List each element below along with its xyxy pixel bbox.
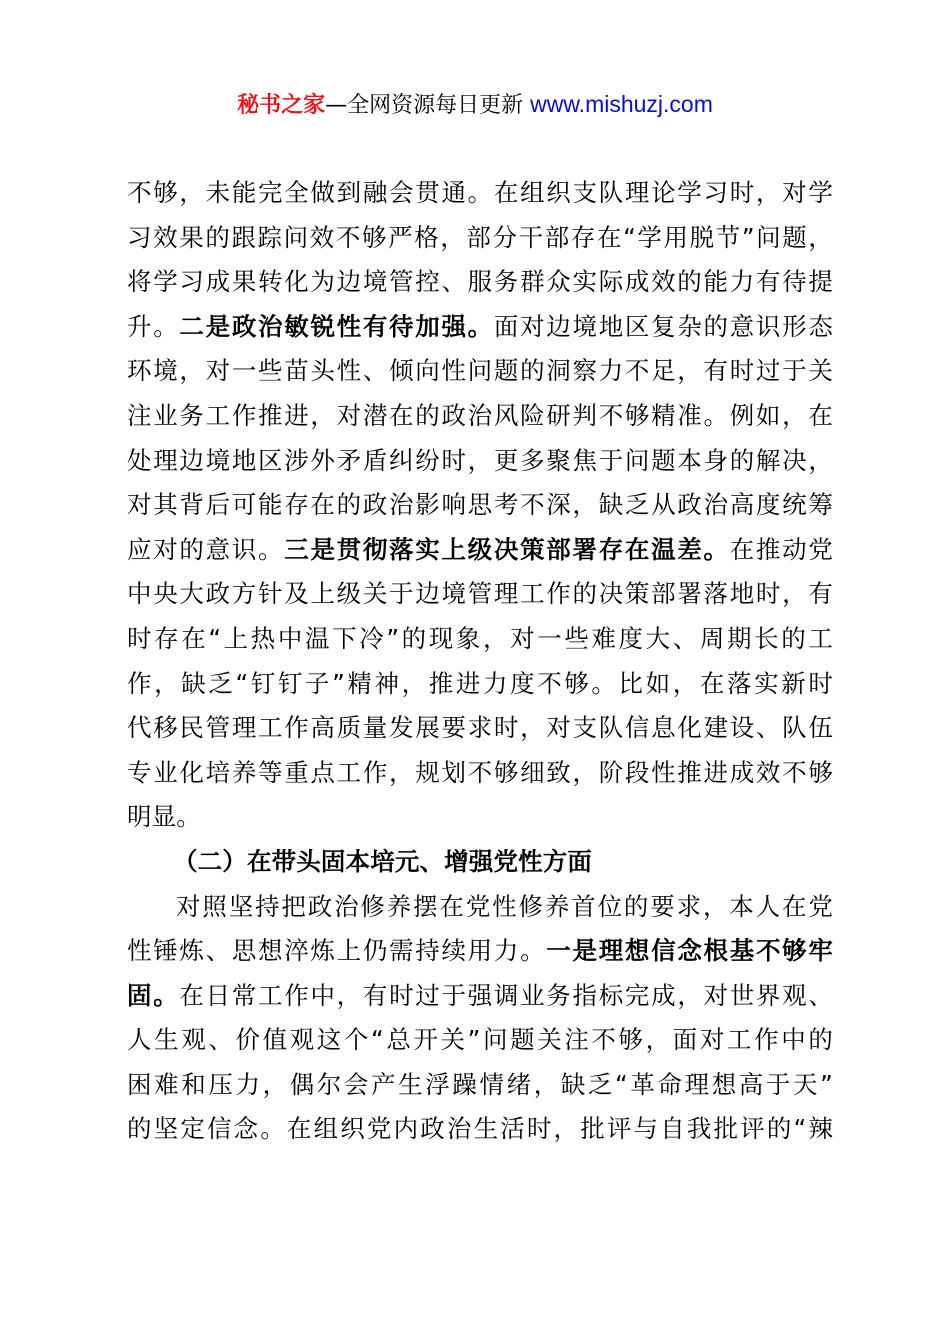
text-run: 的坚定信念。在组织党内政治生活时，批评与自我批评的“辣	[127, 1114, 833, 1143]
text-line: 习效果的跟踪问效不够严格，部分干部存在“学用脱节”问题，	[127, 216, 833, 261]
text-run: 时存在“上热中温下冷”的现象，对一些难度大、周期长的工	[127, 624, 833, 653]
text-run: 环境，对一些苗头性、倾向性问题的洞察力不足，有时过于关	[127, 356, 833, 385]
paragraph-section-two: 对照坚持把政治修养摆在党性修养首位的要求，本人在党 性锤炼、思想淬炼上仍需持续用…	[127, 885, 833, 1153]
header-brand: 秘书之家	[237, 93, 325, 118]
text-run: 对照坚持把政治修养摆在党性修养首位的要求，本人在党	[176, 892, 833, 921]
text-line: 对照坚持把政治修养摆在党性修养首位的要求，本人在党	[127, 885, 833, 930]
text-line: 性锤炼、思想淬炼上仍需持续用力。一是理想信念根基不够牢	[127, 929, 833, 974]
text-line: 人生观、价值观这个“总开关”问题关注不够，面对工作中的	[127, 1018, 833, 1063]
text-line: 环境，对一些苗头性、倾向性问题的洞察力不足，有时过于关	[127, 349, 833, 394]
text-run: 困难和压力，偶尔会产生浮躁情绪，缺乏“革命理想高于天”	[127, 1070, 833, 1099]
bold-point-heading: 二是政治敏锐性有待加强。	[179, 312, 493, 341]
text-run: 在推动党	[730, 535, 833, 564]
text-run: 专业化培养等重点工作，规划不够细致，阶段性推进成效不够	[127, 758, 833, 787]
text-run: 将学习成果转化为边境管控、服务群众实际成效的能力有待提	[127, 267, 833, 296]
text-line: 固。在日常工作中，有时过于强调业务指标完成，对世界观、	[127, 974, 833, 1019]
text-run: 性锤炼、思想淬炼上仍需持续用力。	[127, 936, 546, 965]
bold-point-heading: 三是贯彻落实上级决策部署存在温差。	[284, 535, 729, 564]
header-url-link[interactable]: www.mishuzj.com	[530, 91, 713, 117]
text-line: 升。二是政治敏锐性有待加强。面对边境地区复杂的意识形态	[127, 305, 833, 350]
text-run: 面对边境地区复杂的意识形态	[494, 312, 833, 341]
text-line: 专业化培养等重点工作，规划不够细致，阶段性推进成效不够	[127, 751, 833, 796]
text-run: 处理边境地区涉外矛盾纠纷时，更多聚焦于问题本身的解决，	[127, 446, 833, 475]
text-line: 中央大政方针及上级关于边境管理工作的决策部署落地时，有	[127, 572, 833, 617]
text-run: 代移民管理工作高质量发展要求时，对支队信息化建设、队伍	[127, 713, 833, 742]
text-line: 时存在“上热中温下冷”的现象，对一些难度大、周期长的工	[127, 617, 833, 662]
bold-point-heading: 固。	[127, 981, 179, 1010]
text-line: 的坚定信念。在组织党内政治生活时，批评与自我批评的“辣	[127, 1107, 833, 1152]
text-run: 不够，未能完全做到融会贯通。在组织支队理论学习时，对学	[127, 178, 833, 207]
text-run: 应对的意识。	[127, 535, 284, 564]
text-run: 对其背后可能存在的政治影响思考不深，缺乏从政治高度统筹	[127, 490, 833, 519]
text-line: 作，缺乏“钉钉子”精神，推进力度不够。比如，在落实新时	[127, 662, 833, 707]
bold-point-heading: 一是理想信念根基不够牢	[546, 936, 833, 965]
text-line: 不够，未能完全做到融会贯通。在组织支队理论学习时，对学	[127, 171, 833, 216]
text-line: 对其背后可能存在的政治影响思考不深，缺乏从政治高度统筹	[127, 483, 833, 528]
text-line: 将学习成果转化为边境管控、服务群众实际成效的能力有待提	[127, 260, 833, 305]
text-run: 注业务工作推进，对潜在的政治风险研判不够精准。例如，在	[127, 401, 833, 430]
text-line: 注业务工作推进，对潜在的政治风险研判不够精准。例如，在	[127, 394, 833, 439]
text-run: 明显。	[127, 802, 201, 831]
text-line: 处理边境地区涉外矛盾纠纷时，更多聚焦于问题本身的解决，	[127, 439, 833, 484]
document-body: 不够，未能完全做到融会贯通。在组织支队理论学习时，对学 习效果的跟踪问效不够严格…	[127, 171, 833, 1152]
text-line: 应对的意识。三是贯彻落实上级决策部署存在温差。在推动党	[127, 528, 833, 573]
text-line: 困难和压力，偶尔会产生浮躁情绪，缺乏“革命理想高于天”	[127, 1063, 833, 1108]
text-run: 习效果的跟踪问效不够严格，部分干部存在“学用脱节”问题，	[127, 223, 833, 252]
paragraph-section-one: 不够，未能完全做到融会贯通。在组织支队理论学习时，对学 习效果的跟踪问效不够严格…	[127, 171, 833, 840]
text-run: 作，缺乏“钉钉子”精神，推进力度不够。比如，在落实新时	[127, 669, 833, 698]
text-line: 明显。	[127, 795, 833, 840]
text-run: 人生观、价值观这个“总开关”问题关注不够，面对工作中的	[127, 1025, 833, 1054]
text-run: 中央大政方针及上级关于边境管理工作的决策部署落地时，有	[127, 579, 833, 608]
text-run: 在日常工作中，有时过于强调业务指标完成，对世界观、	[179, 981, 833, 1010]
header-tagline: —全网资源每日更新	[325, 93, 530, 118]
section-heading: （二）在带头固本培元、增强党性方面	[127, 840, 833, 885]
text-line: 代移民管理工作高质量发展要求时，对支队信息化建设、队伍	[127, 706, 833, 751]
text-run: 升。	[127, 312, 179, 341]
watermark-header: 秘书之家—全网资源每日更新 www.mishuzj.com	[0, 88, 950, 122]
